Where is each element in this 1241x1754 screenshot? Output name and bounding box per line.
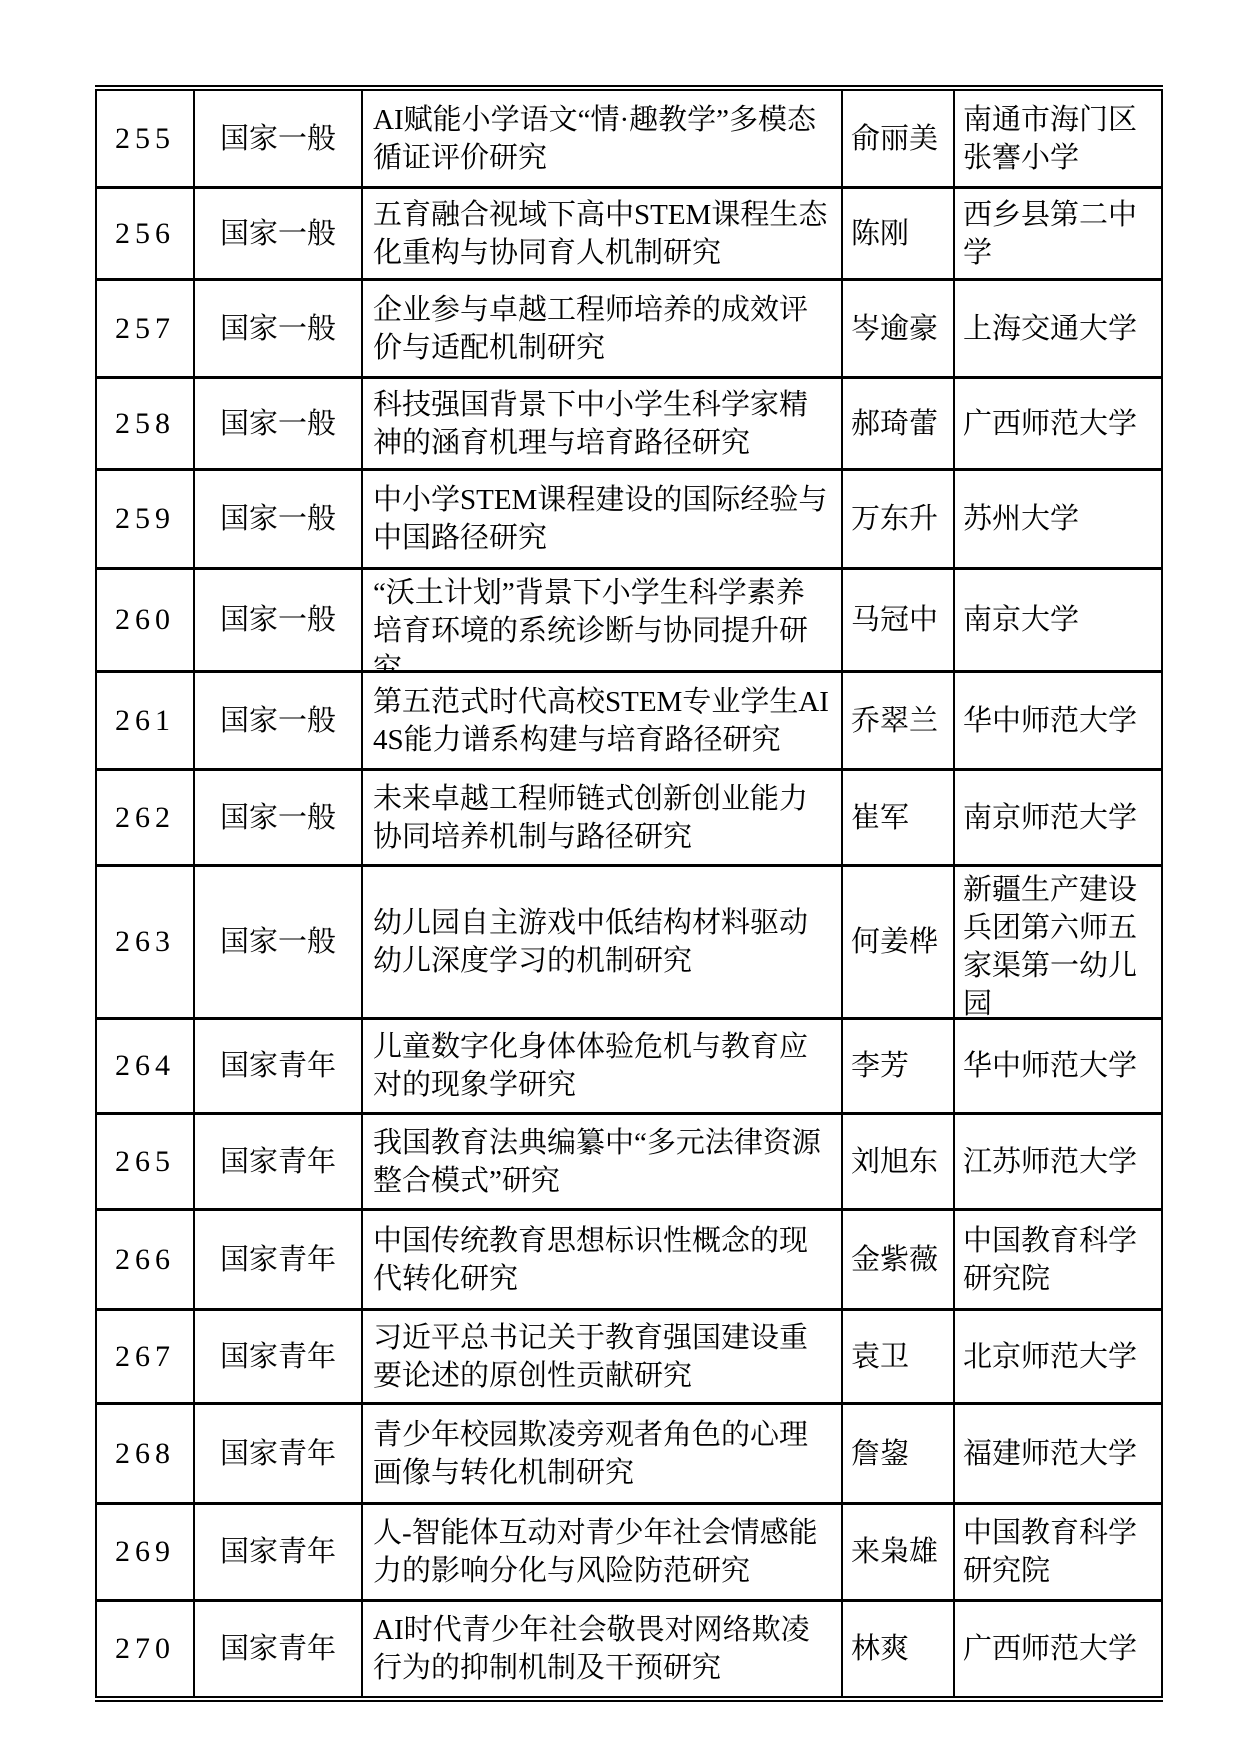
organization-cell: 南京师范大学 (954, 770, 1162, 866)
organization-cell: 广西师范大学 (954, 1601, 1162, 1700)
organization-cell: 南京大学 (954, 569, 1162, 672)
category-cell-text: 国家一般 (220, 799, 336, 837)
category-cell-text: 国家青年 (220, 1047, 336, 1085)
leader-name-cell-text: 马冠中 (851, 601, 938, 639)
leader-name-cell: 马冠中 (842, 569, 954, 672)
organization-cell: 广西师范大学 (954, 378, 1162, 470)
leader-name-cell-text: 陈刚 (851, 215, 909, 253)
row-number-text: 264 (115, 1047, 175, 1085)
row-number-text: 259 (115, 500, 175, 538)
organization-cell: 北京师范大学 (954, 1310, 1162, 1404)
organization-cell-text: 广西师范大学 (963, 1630, 1137, 1668)
row-number: 257 (96, 280, 194, 378)
table-row: 263国家一般幼儿园自主游戏中低结构材料驱动幼儿深度学习的机制研究何姜桦新疆生产… (96, 866, 1162, 1019)
category-cell: 国家一般 (194, 88, 362, 188)
project-title-cell-text: 五育融合视域下高中STEM课程生态化重构与协同育人机制研究 (373, 196, 829, 272)
leader-name-cell: 俞丽美 (842, 88, 954, 188)
row-number: 261 (96, 672, 194, 770)
row-number-text: 257 (115, 310, 175, 348)
organization-cell-text: 上海交通大学 (963, 310, 1137, 348)
row-number-text: 262 (115, 799, 175, 837)
row-number: 258 (96, 378, 194, 470)
leader-name-cell: 袁卫 (842, 1310, 954, 1404)
table-row: 256国家一般五育融合视域下高中STEM课程生态化重构与协同育人机制研究陈刚西乡… (96, 188, 1162, 280)
organization-cell-text: 苏州大学 (963, 500, 1079, 538)
organization-cell-text: 福建师范大学 (963, 1435, 1137, 1473)
project-title-cell-text: 未来卓越工程师链式创新创业能力协同培养机制与路径研究 (373, 780, 829, 856)
category-cell: 国家青年 (194, 1404, 362, 1504)
leader-name-cell-text: 崔军 (851, 799, 909, 837)
project-title-cell-text: AI赋能小学语文“情·趣教学”多模态循证评价研究 (373, 101, 829, 177)
row-number: 263 (96, 866, 194, 1019)
organization-cell-text: 南通市海门区张謇小学 (963, 101, 1155, 177)
project-title-cell: 青少年校园欺凌旁观者角色的心理画像与转化机制研究 (362, 1404, 842, 1504)
category-cell-text: 国家青年 (220, 1533, 336, 1571)
leader-name-cell-text: 袁卫 (851, 1338, 909, 1376)
leader-name-cell-text: 俞丽美 (851, 120, 938, 158)
row-number-text: 261 (115, 702, 175, 740)
organization-cell: 福建师范大学 (954, 1404, 1162, 1504)
project-title-cell: 第五范式时代高校STEM专业学生AI4S能力谱系构建与培育路径研究 (362, 672, 842, 770)
category-cell: 国家青年 (194, 1310, 362, 1404)
project-title-cell: “沃土计划”背景下小学生科学素养培育环境的系统诊断与协同提升研究 (362, 569, 842, 672)
category-cell: 国家一般 (194, 866, 362, 1019)
table-row: 270国家青年AI时代青少年社会敬畏对网络欺凌行为的抑制机制及干预研究林爽广西师… (96, 1601, 1162, 1700)
organization-cell-text: 北京师范大学 (963, 1338, 1137, 1376)
row-number: 259 (96, 470, 194, 569)
project-title-cell: AI赋能小学语文“情·趣教学”多模态循证评价研究 (362, 88, 842, 188)
category-cell: 国家一般 (194, 280, 362, 378)
category-cell: 国家一般 (194, 470, 362, 569)
row-number-text: 265 (115, 1143, 175, 1181)
project-title-cell-text: 习近平总书记关于教育强国建设重要论述的原创性贡献研究 (373, 1319, 829, 1395)
leader-name-cell: 陈刚 (842, 188, 954, 280)
table-row: 264国家青年儿童数字化身体体验危机与教育应对的现象学研究李芳华中师范大学 (96, 1019, 1162, 1114)
organization-cell-text: 广西师范大学 (963, 405, 1137, 443)
organization-cell-text: 中国教育科学研究院 (963, 1222, 1155, 1298)
category-cell-text: 国家一般 (220, 923, 336, 961)
project-title-cell-text: 科技强国背景下中小学生科学家精神的涵育机理与培育路径研究 (373, 386, 829, 462)
project-table: 255国家一般AI赋能小学语文“情·趣教学”多模态循证评价研究俞丽美南通市海门区… (95, 85, 1163, 1702)
leader-name-cell-text: 林爽 (851, 1630, 909, 1668)
project-title-cell: 中国传统教育思想标识性概念的现代转化研究 (362, 1210, 842, 1310)
row-number-text: 267 (115, 1338, 175, 1376)
leader-name-cell: 何姜桦 (842, 866, 954, 1019)
leader-name-cell-text: 来枭雄 (851, 1533, 938, 1571)
project-title-cell-text: 儿童数字化身体体验危机与教育应对的现象学研究 (373, 1028, 829, 1104)
leader-name-cell: 来枭雄 (842, 1504, 954, 1601)
category-cell-text: 国家一般 (220, 120, 336, 158)
project-title-cell: 未来卓越工程师链式创新创业能力协同培养机制与路径研究 (362, 770, 842, 866)
category-cell: 国家青年 (194, 1019, 362, 1114)
project-title-cell-text: 幼儿园自主游戏中低结构材料驱动幼儿深度学习的机制研究 (373, 904, 829, 980)
leader-name-cell: 刘旭东 (842, 1114, 954, 1210)
leader-name-cell: 林爽 (842, 1601, 954, 1700)
row-number: 267 (96, 1310, 194, 1404)
leader-name-cell: 郝琦蕾 (842, 378, 954, 470)
organization-cell-text: 华中师范大学 (963, 1047, 1137, 1085)
project-title-cell: 五育融合视域下高中STEM课程生态化重构与协同育人机制研究 (362, 188, 842, 280)
table-row: 255国家一般AI赋能小学语文“情·趣教学”多模态循证评价研究俞丽美南通市海门区… (96, 88, 1162, 188)
project-title-cell: 幼儿园自主游戏中低结构材料驱动幼儿深度学习的机制研究 (362, 866, 842, 1019)
project-title-cell-text: 人-智能体互动对青少年社会情感能力的影响分化与风险防范研究 (373, 1514, 829, 1590)
leader-name-cell: 金紫薇 (842, 1210, 954, 1310)
table-row: 265国家青年我国教育法典编纂中“多元法律资源整合模式”研究刘旭东江苏师范大学 (96, 1114, 1162, 1210)
row-number: 260 (96, 569, 194, 672)
leader-name-cell-text: 詹鋆 (851, 1435, 909, 1473)
category-cell-text: 国家青年 (220, 1435, 336, 1473)
project-title-cell-text: 企业参与卓越工程师培养的成效评价与适配机制研究 (373, 291, 829, 367)
category-cell-text: 国家青年 (220, 1630, 336, 1668)
project-title-cell: 科技强国背景下中小学生科学家精神的涵育机理与培育路径研究 (362, 378, 842, 470)
row-number: 256 (96, 188, 194, 280)
project-title-cell-text: 中国传统教育思想标识性概念的现代转化研究 (373, 1222, 829, 1298)
leader-name-cell-text: 岑逾豪 (851, 310, 938, 348)
category-cell-text: 国家一般 (220, 702, 336, 740)
leader-name-cell-text: 郝琦蕾 (851, 405, 938, 443)
project-title-cell: 习近平总书记关于教育强国建设重要论述的原创性贡献研究 (362, 1310, 842, 1404)
category-cell: 国家一般 (194, 770, 362, 866)
category-cell: 国家青年 (194, 1504, 362, 1601)
organization-cell: 新疆生产建设兵团第六师五家渠第一幼儿园 (954, 866, 1162, 1019)
row-number-text: 263 (115, 923, 175, 961)
row-number-text: 269 (115, 1533, 175, 1571)
organization-cell: 江苏师范大学 (954, 1114, 1162, 1210)
organization-cell-text: 江苏师范大学 (963, 1143, 1137, 1181)
leader-name-cell: 万东升 (842, 470, 954, 569)
table-row: 261国家一般第五范式时代高校STEM专业学生AI4S能力谱系构建与培育路径研究… (96, 672, 1162, 770)
organization-cell-text: 西乡县第二中学 (963, 196, 1155, 272)
leader-name-cell: 岑逾豪 (842, 280, 954, 378)
leader-name-cell: 詹鋆 (842, 1404, 954, 1504)
table-row: 260国家一般“沃土计划”背景下小学生科学素养培育环境的系统诊断与协同提升研究马… (96, 569, 1162, 672)
organization-cell-text: 新疆生产建设兵团第六师五家渠第一幼儿园 (963, 871, 1155, 1017)
organization-cell-text: 南京师范大学 (963, 799, 1137, 837)
row-number: 269 (96, 1504, 194, 1601)
table-row: 259国家一般中小学STEM课程建设的国际经验与中国路径研究万东升苏州大学 (96, 470, 1162, 569)
category-cell: 国家青年 (194, 1210, 362, 1310)
project-title-cell-text: AI时代青少年社会敬畏对网络欺凌行为的抑制机制及干预研究 (373, 1611, 829, 1687)
leader-name-cell: 乔翠兰 (842, 672, 954, 770)
organization-cell: 南通市海门区张謇小学 (954, 88, 1162, 188)
project-title-cell-text: “沃土计划”背景下小学生科学素养培育环境的系统诊断与协同提升研究 (373, 574, 829, 670)
category-cell: 国家一般 (194, 672, 362, 770)
project-title-cell: AI时代青少年社会敬畏对网络欺凌行为的抑制机制及干预研究 (362, 1601, 842, 1700)
category-cell-text: 国家青年 (220, 1338, 336, 1376)
row-number-text: 258 (115, 405, 175, 443)
project-title-cell-text: 中小学STEM课程建设的国际经验与中国路径研究 (373, 481, 829, 557)
category-cell: 国家青年 (194, 1114, 362, 1210)
table-row: 258国家一般科技强国背景下中小学生科学家精神的涵育机理与培育路径研究郝琦蕾广西… (96, 378, 1162, 470)
table-row: 267国家青年习近平总书记关于教育强国建设重要论述的原创性贡献研究袁卫北京师范大… (96, 1310, 1162, 1404)
row-number-text: 260 (115, 601, 175, 639)
row-number: 265 (96, 1114, 194, 1210)
leader-name-cell: 李芳 (842, 1019, 954, 1114)
category-cell-text: 国家一般 (220, 215, 336, 253)
category-cell-text: 国家一般 (220, 601, 336, 639)
project-title-cell: 我国教育法典编纂中“多元法律资源整合模式”研究 (362, 1114, 842, 1210)
row-number-text: 255 (115, 120, 175, 158)
project-title-cell-text: 我国教育法典编纂中“多元法律资源整合模式”研究 (373, 1124, 829, 1200)
row-number-text: 270 (115, 1630, 175, 1668)
organization-cell: 中国教育科学研究院 (954, 1210, 1162, 1310)
category-cell: 国家一般 (194, 378, 362, 470)
leader-name-cell-text: 金紫薇 (851, 1241, 938, 1279)
organization-cell: 华中师范大学 (954, 672, 1162, 770)
row-number-text: 268 (115, 1435, 175, 1473)
row-number-text: 256 (115, 215, 175, 253)
leader-name-cell-text: 李芳 (851, 1047, 909, 1085)
table-row: 257国家一般企业参与卓越工程师培养的成效评价与适配机制研究岑逾豪上海交通大学 (96, 280, 1162, 378)
row-number: 255 (96, 88, 194, 188)
project-title-cell: 中小学STEM课程建设的国际经验与中国路径研究 (362, 470, 842, 569)
table-row: 262国家一般未来卓越工程师链式创新创业能力协同培养机制与路径研究崔军南京师范大… (96, 770, 1162, 866)
category-cell: 国家一般 (194, 188, 362, 280)
project-title-cell: 儿童数字化身体体验危机与教育应对的现象学研究 (362, 1019, 842, 1114)
organization-cell-text: 南京大学 (963, 601, 1079, 639)
document-page: 255国家一般AI赋能小学语文“情·趣教学”多模态循证评价研究俞丽美南通市海门区… (0, 0, 1241, 1754)
leader-name-cell-text: 何姜桦 (851, 923, 938, 961)
organization-cell-text: 中国教育科学研究院 (963, 1514, 1155, 1590)
organization-cell: 西乡县第二中学 (954, 188, 1162, 280)
row-number: 264 (96, 1019, 194, 1114)
category-cell-text: 国家一般 (220, 405, 336, 443)
table-row: 269国家青年人-智能体互动对青少年社会情感能力的影响分化与风险防范研究来枭雄中… (96, 1504, 1162, 1601)
category-cell-text: 国家青年 (220, 1143, 336, 1181)
row-number: 270 (96, 1601, 194, 1700)
project-title-cell-text: 青少年校园欺凌旁观者角色的心理画像与转化机制研究 (373, 1416, 829, 1492)
category-cell: 国家一般 (194, 569, 362, 672)
organization-cell: 上海交通大学 (954, 280, 1162, 378)
organization-cell-text: 华中师范大学 (963, 702, 1137, 740)
category-cell-text: 国家青年 (220, 1241, 336, 1279)
row-number-text: 266 (115, 1241, 175, 1279)
project-title-cell: 企业参与卓越工程师培养的成效评价与适配机制研究 (362, 280, 842, 378)
table-row: 268国家青年青少年校园欺凌旁观者角色的心理画像与转化机制研究詹鋆福建师范大学 (96, 1404, 1162, 1504)
project-title-cell: 人-智能体互动对青少年社会情感能力的影响分化与风险防范研究 (362, 1504, 842, 1601)
organization-cell: 华中师范大学 (954, 1019, 1162, 1114)
leader-name-cell-text: 万东升 (851, 500, 938, 538)
leader-name-cell: 崔军 (842, 770, 954, 866)
organization-cell: 中国教育科学研究院 (954, 1504, 1162, 1601)
table-body: 255国家一般AI赋能小学语文“情·趣教学”多模态循证评价研究俞丽美南通市海门区… (96, 88, 1162, 1699)
leader-name-cell-text: 刘旭东 (851, 1143, 938, 1181)
table-row: 266国家青年中国传统教育思想标识性概念的现代转化研究金紫薇中国教育科学研究院 (96, 1210, 1162, 1310)
row-number: 268 (96, 1404, 194, 1504)
row-number: 262 (96, 770, 194, 866)
category-cell-text: 国家一般 (220, 500, 336, 538)
organization-cell: 苏州大学 (954, 470, 1162, 569)
project-title-cell-text: 第五范式时代高校STEM专业学生AI4S能力谱系构建与培育路径研究 (373, 683, 829, 759)
row-number: 266 (96, 1210, 194, 1310)
category-cell-text: 国家一般 (220, 310, 336, 348)
category-cell: 国家青年 (194, 1601, 362, 1700)
leader-name-cell-text: 乔翠兰 (851, 702, 938, 740)
